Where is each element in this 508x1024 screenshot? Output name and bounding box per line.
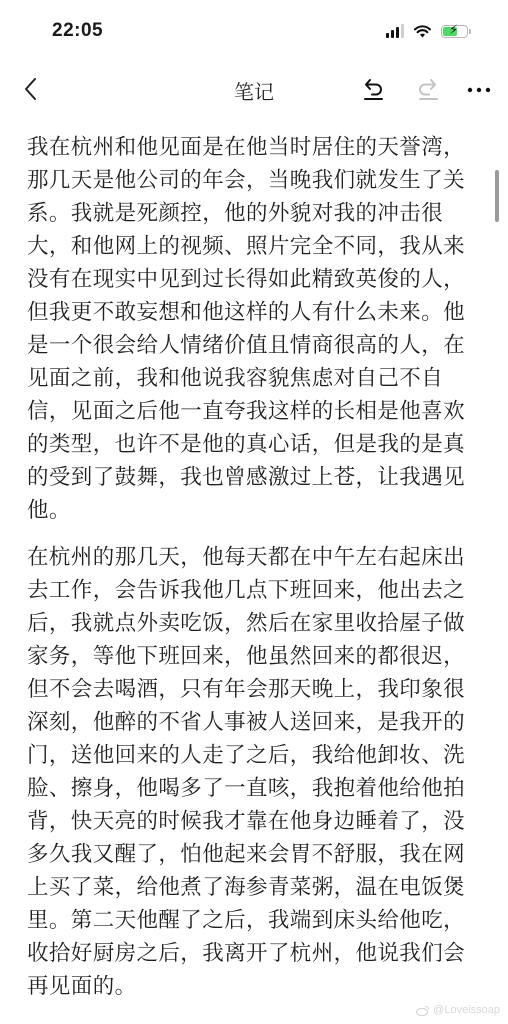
text-line: 但不会去喝酒，只有年会那天晚上，我印象很: [27, 673, 487, 706]
text-line: 那几天是他公司的年会，当晚我们就发生了关: [27, 164, 487, 197]
text-line: 的受到了鼓舞，我也曾感激过上苍，让我遇见: [27, 461, 487, 494]
text-line: 多久我又醒了，怕他起来会胃不舒服，我在网: [27, 838, 487, 871]
ellipsis-icon[interactable]: [464, 76, 494, 102]
text-line: 收拾好厨房之后，我离开了杭州，他说我们会: [27, 937, 487, 970]
text-line: 深刻，他醉的不省人事被人送回来，是我开的: [27, 706, 487, 739]
status-icons: ⚡: [386, 24, 468, 38]
text-line: 上买了菜，给他煮了海参青菜粥，温在电饭煲: [27, 871, 487, 904]
text-line: 我在杭州和他见面是在他当时居住的天誉湾，: [27, 131, 487, 164]
status-bar: 22:05 ⚡: [0, 0, 508, 60]
wifi-icon: [414, 25, 431, 38]
text-line: 他。: [27, 494, 487, 527]
text-line: 系。我就是死颜控，他的外貌对我的冲击很: [27, 197, 487, 230]
text-line: 的类型，也许不是他的真心话，但是我的是真: [27, 428, 487, 461]
note-paragraph-1: 我在杭州和他见面是在他当时居住的天誉湾， 那几天是他公司的年会，当晚我们就发生了…: [27, 131, 487, 527]
nav-bar: 笔记: [0, 66, 508, 114]
watermark: @Loveissoap: [416, 1004, 500, 1016]
text-line: 脸、擦身，他喝多了一直咳，我抱着他给他拍: [27, 772, 487, 805]
text-line: 去工作，会告诉我他几点下班回来，他出去之: [27, 574, 487, 607]
text-line: 但我更不敢妄想和他这样的人有什么未来。他: [27, 296, 487, 329]
text-line: 是一个很会给人情绪价值且情商很高的人，在: [27, 329, 487, 362]
text-line: 大，和他网上的视频、照片完全不同，我从来: [27, 230, 487, 263]
text-line: 再见面的。: [27, 970, 487, 1003]
note-body[interactable]: 我在杭州和他见面是在他当时居住的天誉湾， 那几天是他公司的年会，当晚我们就发生了…: [27, 131, 487, 1017]
text-line: 门，送他回来的人走了之后，我给他卸妆、洗: [27, 739, 487, 772]
text-line: 家务，等他下班回来，他虽然回来的都很迟，: [27, 640, 487, 673]
text-line: 后，我就点外卖吃饭，然后在家里收拾屋子做: [27, 607, 487, 640]
undo-icon[interactable]: [362, 76, 388, 102]
status-time: 22:05: [52, 20, 103, 42]
note-paragraph-2: 在杭州的那几天，他每天都在中午左右起床出 去工作，会告诉我他几点下班回来，他出去…: [27, 541, 487, 1003]
text-line: 见面之前，我和他说我容貌焦虑对自己不自: [27, 362, 487, 395]
battery-charging-icon: ⚡: [441, 25, 468, 38]
weibo-icon: [416, 1005, 430, 1016]
text-line: 在杭州的那几天，他每天都在中午左右起床出: [27, 541, 487, 574]
text-line: 没有在现实中见到过长得如此精致英俊的人，: [27, 263, 487, 296]
text-line: 信，见面之后他一直夸我这样的长相是他喜欢: [27, 395, 487, 428]
watermark-text: @Loveissoap: [433, 1004, 500, 1016]
text-line: 背，快天亮的时候我才靠在他身边睡着了，没: [27, 805, 487, 838]
scrollbar[interactable]: [495, 170, 499, 222]
text-line: 里。第二天他醒了之后，我端到床头给他吃，: [27, 904, 487, 937]
cellular-signal-icon: [386, 24, 404, 38]
redo-icon[interactable]: [414, 76, 440, 102]
